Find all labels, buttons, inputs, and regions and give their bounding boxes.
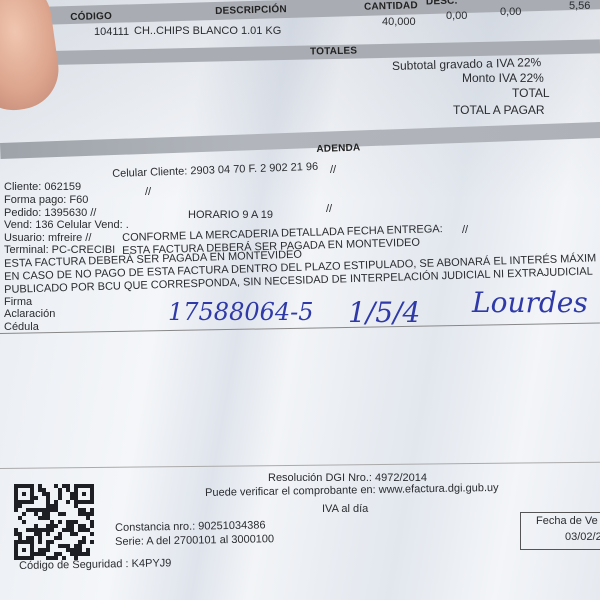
handwritten-name: Lourdes: [472, 286, 588, 319]
item-col-last: 5,56: [569, 0, 590, 12]
due-date-box: Fecha de Ve 03/02/2: [520, 512, 600, 550]
col-discount-header-band: DESC.: [422, 0, 462, 11]
iva-amount-label: Monto IVA 22%: [462, 71, 544, 85]
qr-code: [14, 484, 94, 560]
id-label: Cédula: [4, 321, 39, 333]
payment-method: Forma pago: F60: [4, 194, 88, 206]
schedule: HORARIO 9 A 19: [188, 209, 273, 221]
handwritten-date: 1/5/4: [348, 296, 420, 329]
separator: //: [462, 224, 468, 236]
totals-title: TOTALES: [310, 46, 357, 58]
order-number: Pedido: 1395630 //: [4, 207, 96, 219]
item-col-next: 0,00: [500, 6, 521, 18]
col-code-header: CÓDIGO: [70, 11, 112, 23]
due-date-label: Fecha de Ve: [536, 515, 598, 527]
total-to-pay-label: TOTAL A PAGAR: [453, 103, 545, 117]
footer-rule: [0, 462, 600, 469]
dgi-resolution: Resolución DGI Nro.: 4972/2014: [268, 472, 427, 484]
separator: //: [326, 203, 332, 215]
separator: //: [145, 186, 151, 198]
security-code: Código de Seguridad : K4PYJ9: [19, 557, 171, 572]
total-label: TOTAL: [512, 86, 550, 100]
col-quantity-header: CANTIDAD: [364, 0, 418, 12]
addenda-title: ADENDA: [316, 142, 360, 155]
series-range: Serie: A del 2700101 al 3000100: [115, 533, 274, 548]
seller: Vend: 136 Celular Vend: .: [4, 219, 129, 231]
item-code: 104111: [94, 26, 129, 38]
client-id: Cliente: 062159: [4, 181, 81, 193]
user: Usuario: mfreire //: [4, 232, 91, 244]
col-description-header: DESCRIPCIÓN: [215, 4, 287, 17]
item-discount: 0,00: [446, 10, 467, 22]
col-quantity-header-band: CANTIDAD: [360, 0, 420, 15]
clarification-label: Aclaración: [4, 308, 55, 320]
iva-status: IVA al día: [322, 503, 368, 515]
constancia-number: Constancia nro.: 90251034386: [115, 519, 266, 534]
due-date-value: 03/02/2: [565, 531, 600, 543]
separator: //: [330, 164, 336, 176]
col-discount-header: DESC.: [426, 0, 458, 7]
invoice-paper: # CÓDIGO DESCRIPCIÓN CANTIDAD DESC. 1041…: [0, 0, 600, 600]
signature-label: Firma: [4, 296, 32, 308]
verify-text: Puede verificar el comprobante en: www.e…: [205, 482, 499, 499]
item-quantity: 40,000: [382, 16, 416, 28]
handwritten-id: 17588064-5: [168, 298, 314, 326]
item-description: CH..CHIPS BLANCO 1.01 KG: [134, 25, 281, 37]
